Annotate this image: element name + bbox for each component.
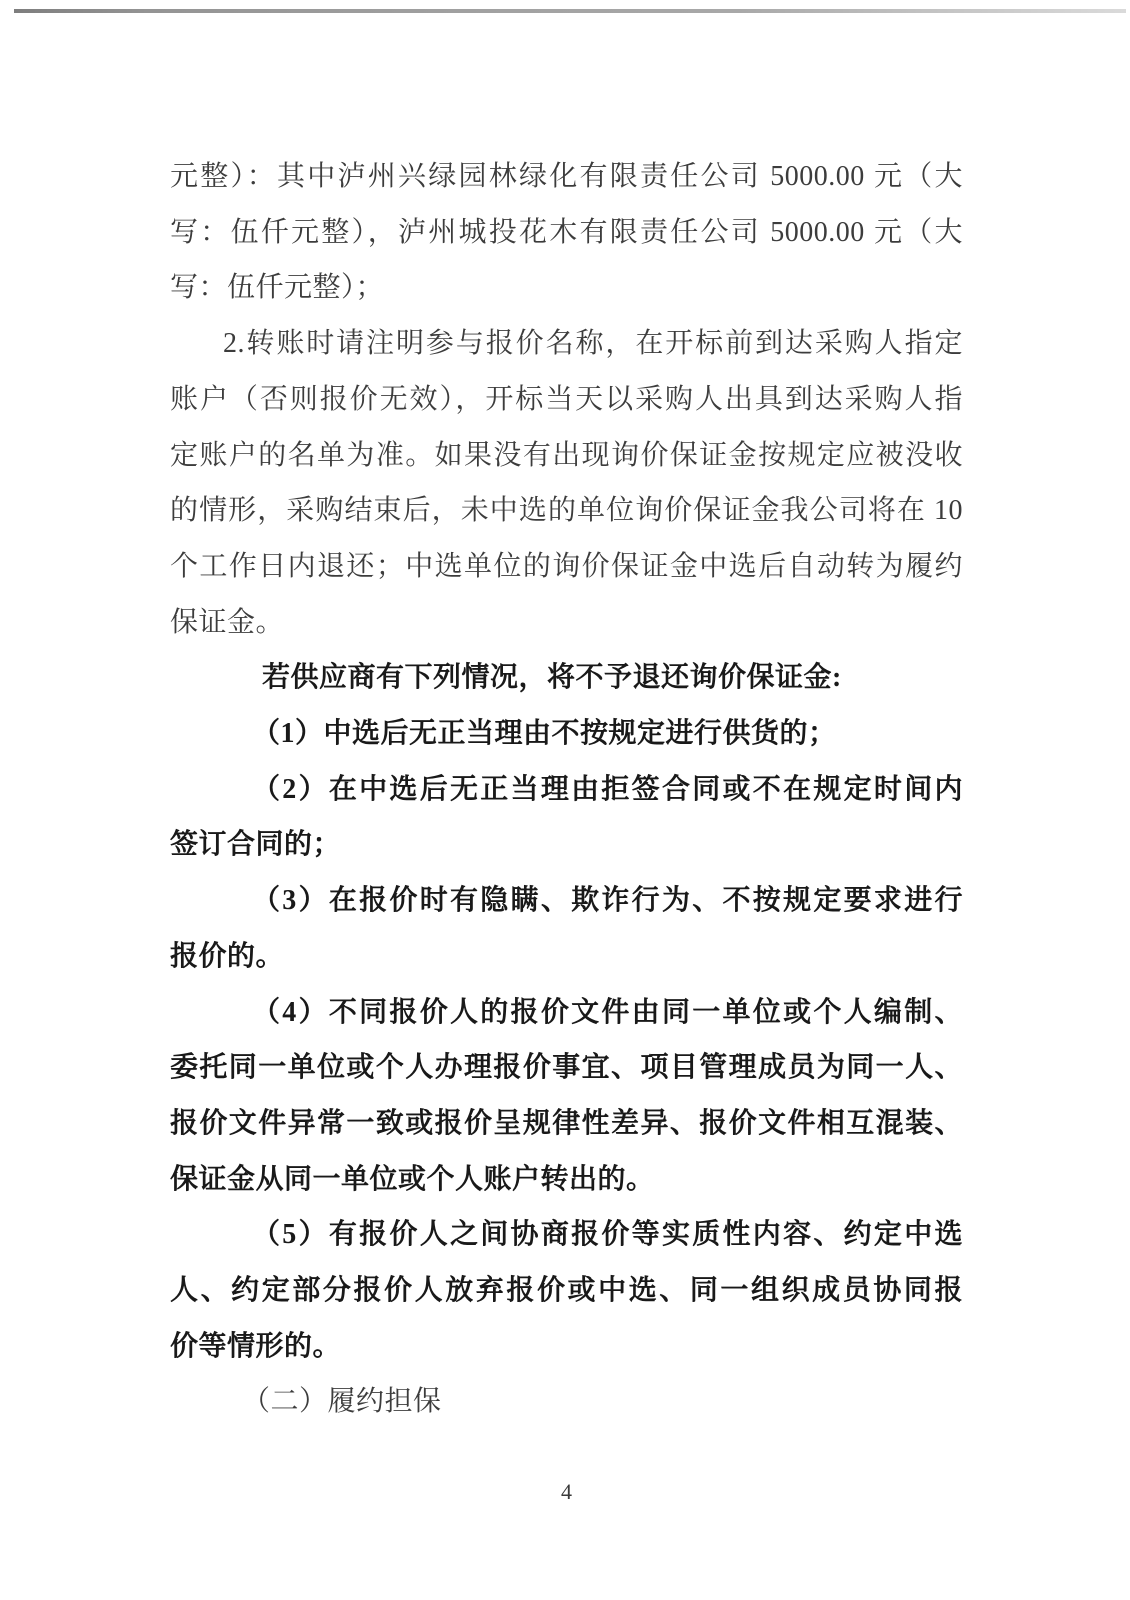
- text-line: 2.转账时请注明参与报价名称，在开标前到达采购人指定: [170, 316, 963, 372]
- text-line: （二）履约担保: [170, 1374, 963, 1430]
- text-line: （5）有报价人之间协商报价等实质性内容、约定中选: [170, 1207, 963, 1263]
- text-line: 账户（否则报价无效），开标当天以采购人出具到达采购人指: [170, 372, 963, 428]
- paragraph-transfer-instructions: 2.转账时请注明参与报价名称，在开标前到达采购人指定 账户（否则报价无效），开标…: [170, 316, 963, 650]
- text-line: （1）中选后无正当理由不按规定进行供货的；: [170, 706, 963, 762]
- paragraph-item-2: （2）在中选后无正当理由拒签合同或不在规定时间内 签订合同的；: [170, 762, 963, 873]
- paragraph-deposit-amounts: 元整）：其中泸州兴绿园林绿化有限责任公司 5000.00 元（大 写：伍仟元整）…: [170, 149, 963, 316]
- text-line: 个工作日内退还；中选单位的询价保证金中选后自动转为履约: [170, 539, 963, 595]
- document-page: { "page": { "page_number": "4", "colors"…: [0, 0, 1130, 1600]
- text-line: 价等情形的。: [170, 1319, 963, 1375]
- text-line: （2）在中选后无正当理由拒签合同或不在规定时间内: [170, 762, 963, 818]
- text-line: 报价的。: [170, 929, 963, 985]
- paragraph-item-4: （4）不同报价人的报价文件由同一单位或个人编制、 委托同一单位或个人办理报价事宜…: [170, 985, 963, 1208]
- text-line: 保证金。: [170, 595, 963, 651]
- text-line: 签订合同的；: [170, 817, 963, 873]
- text-line: 写：伍仟元整），泸州城投花木有限责任公司 5000.00 元（大: [170, 205, 963, 261]
- paragraph-item-3: （3）在报价时有隐瞒、欺诈行为、不按规定要求进行 报价的。: [170, 873, 963, 984]
- text-line: 委托同一单位或个人办理报价事宜、项目管理成员为同一人、: [170, 1040, 963, 1096]
- text-line: 若供应商有下列情况，将不予退还询价保证金:: [170, 650, 963, 706]
- text-line: （4）不同报价人的报价文件由同一单位或个人编制、: [170, 985, 963, 1041]
- text-line: 定账户的名单为准。如果没有出现询价保证金按规定应被没收: [170, 428, 963, 484]
- page-number: 4: [170, 1478, 963, 1506]
- paragraph-forfeit-heading: 若供应商有下列情况，将不予退还询价保证金:: [170, 650, 963, 706]
- text-line: 保证金从同一单位或个人账户转出的。: [170, 1152, 963, 1208]
- document-body: 元整）：其中泸州兴绿园林绿化有限责任公司 5000.00 元（大 写：伍仟元整）…: [170, 149, 963, 1430]
- text-line: 报价文件异常一致或报价呈规律性差异、报价文件相互混装、: [170, 1096, 963, 1152]
- text-line: 人、约定部分报价人放弃报价或中选、同一组织成员协同报: [170, 1263, 963, 1319]
- text-line: 的情形，采购结束后，未中选的单位询价保证金我公司将在 10: [170, 483, 963, 539]
- paragraph-item-1: （1）中选后无正当理由不按规定进行供货的；: [170, 706, 963, 762]
- paragraph-performance-guarantee-heading: （二）履约担保: [170, 1374, 963, 1430]
- scan-edge-artifact-line: [14, 9, 1126, 13]
- paragraph-item-5: （5）有报价人之间协商报价等实质性内容、约定中选 人、约定部分报价人放弃报价或中…: [170, 1207, 963, 1374]
- text-line: （3）在报价时有隐瞒、欺诈行为、不按规定要求进行: [170, 873, 963, 929]
- text-line: 写：伍仟元整）；: [170, 260, 963, 316]
- text-line: 元整）：其中泸州兴绿园林绿化有限责任公司 5000.00 元（大: [170, 149, 963, 205]
